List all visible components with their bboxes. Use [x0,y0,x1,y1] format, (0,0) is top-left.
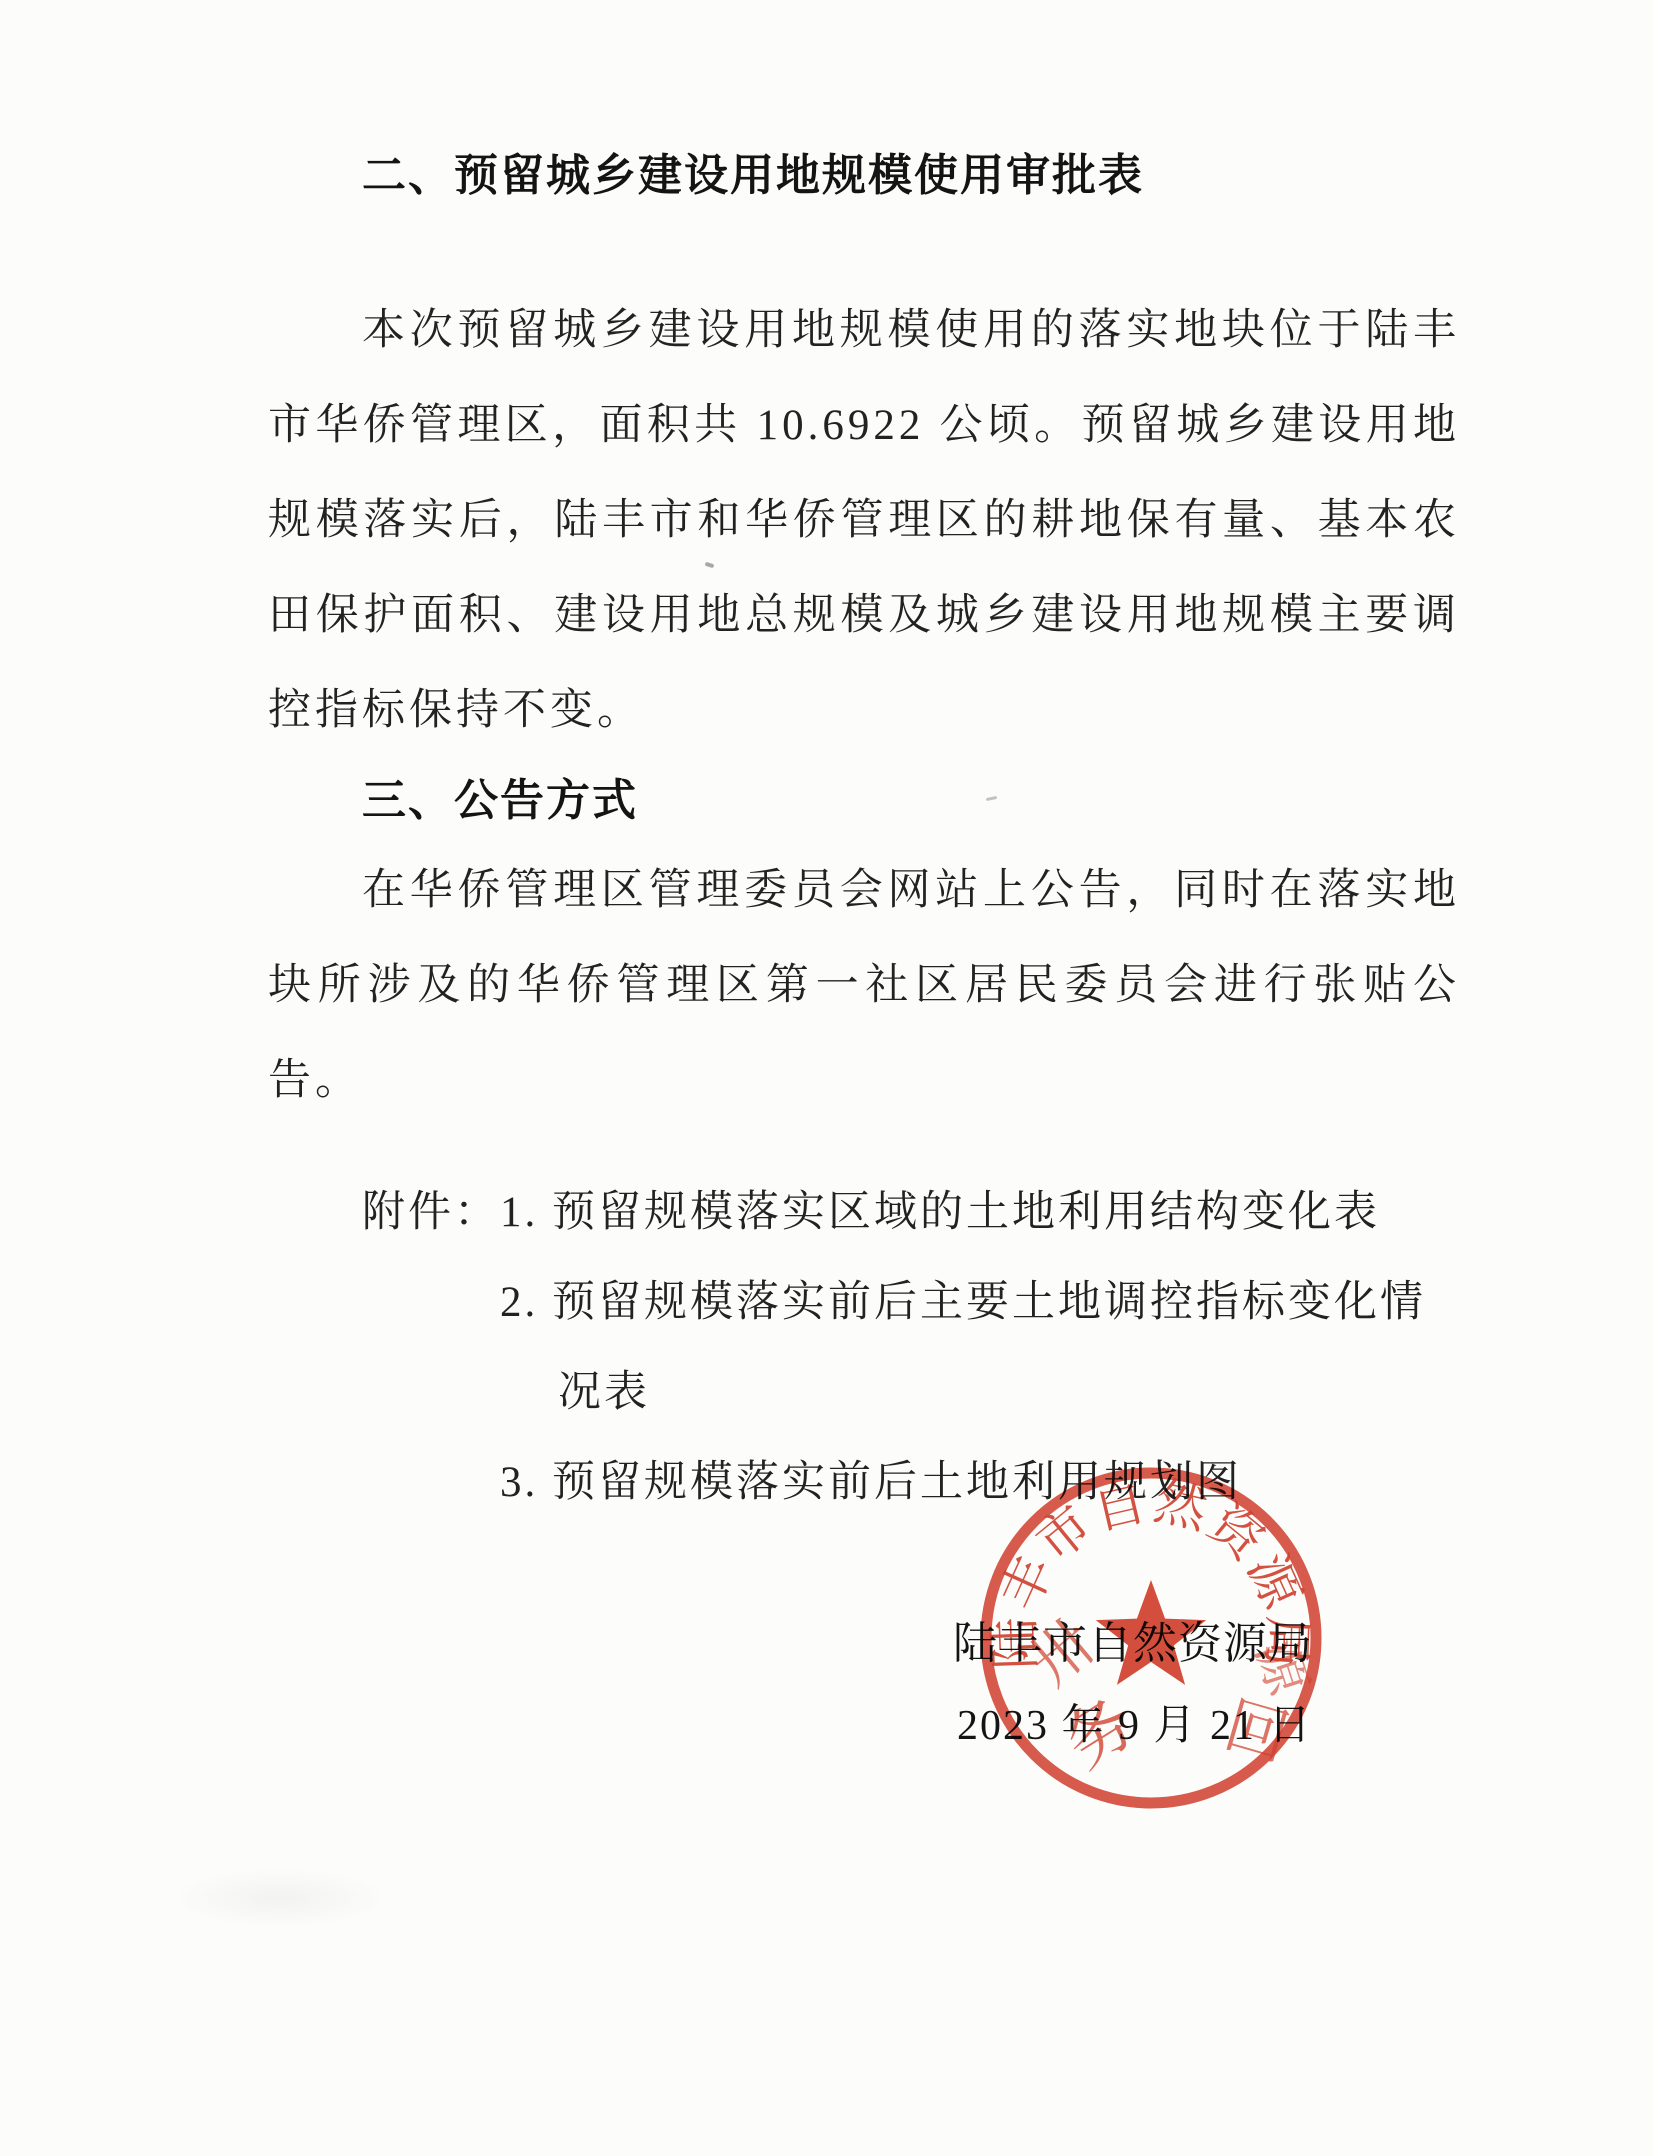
attachment-item-1: 1. 预留规模落实区域的土地利用结构变化表 [500,1168,1435,1258]
document-page: 二、预留城乡建设用地规模使用审批表 本次预留城乡建设用地规模使用的落实地块位于陆… [0,0,1653,2156]
issuer-signature: 陆丰市自然资源局 [953,1607,1353,1671]
attachment-item-2: 2. 预留规模落实前后主要土地调控指标变化情况表 [500,1258,1435,1438]
section-3-paragraph: 在华侨管理区管理委员会网站上公告，同时在落实地块所涉及的华侨管理区第一社区居民委… [268,843,1460,1128]
section-2-paragraph: 本次预留城乡建设用地规模使用的落实地块位于陆丰市华侨管理区，面积共 10.692… [268,283,1460,758]
document-body: 二、预留城乡建设用地规模使用审批表 本次预留城乡建设用地规模使用的落实地块位于陆… [268,128,1460,1528]
section-3-heading: 三、公告方式 [362,758,1460,843]
attachments-label: 附件： [362,1168,500,1258]
issue-date: 2023 年 9 月 21 日 [957,1692,1357,1752]
section-2-heading: 二、预留城乡建设用地规模使用审批表 [362,128,1460,223]
scan-smudge [170,1868,390,1928]
